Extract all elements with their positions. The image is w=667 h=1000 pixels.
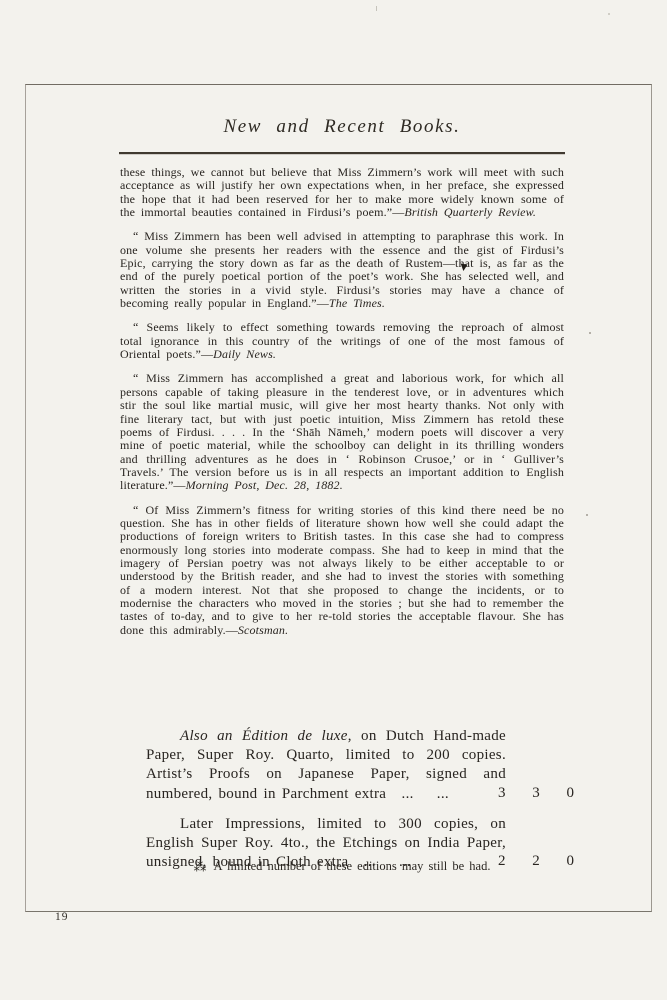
review-paragraph: “ Miss Zimmern has accomplished a great …	[120, 372, 564, 492]
review-paragraph: “ Seems likely to effect something towar…	[120, 321, 564, 361]
review-text: “ Of Miss Zimmern’s fitness for writing …	[120, 503, 564, 637]
review-source: British Quarterly Review.	[404, 205, 536, 219]
page-title: New and Recent Books.	[120, 116, 564, 138]
price-pence: 0	[567, 852, 575, 871]
review-source: Morning Post, Dec. 28, 1882.	[186, 478, 343, 492]
footnote-text: A limited number of these editions may s…	[214, 859, 491, 873]
ink-blot-artifact	[459, 263, 467, 271]
catalog-item-lead: Later Impressions	[180, 816, 301, 832]
availability-footnote: ⁂A limited number of these editions may …	[120, 858, 564, 874]
ink-speck	[608, 13, 610, 15]
catalog-item-edition-de-luxe: Also an Édition de luxe, on Dutch Hand-m…	[146, 727, 586, 804]
review-paragraph: “ Miss Zimmern has been well advised in …	[120, 230, 564, 310]
review-text: “ Miss Zimmern has accomplished a great …	[120, 371, 564, 492]
ink-speck	[376, 6, 377, 11]
price-pounds: 3	[498, 784, 506, 803]
press-reviews-section: these things, we cannot but believe that…	[120, 166, 564, 648]
review-text: “ Seems likely to effect something towar…	[120, 320, 564, 361]
review-paragraph: “ Of Miss Zimmern’s fitness for writing …	[120, 504, 564, 637]
page-number: 19	[55, 911, 69, 923]
ink-speck	[586, 514, 588, 516]
price-shillings: 3	[532, 784, 540, 803]
catalog-item-lead: Also an Édition de luxe	[180, 728, 348, 744]
review-source: The Times.	[329, 296, 385, 310]
price-columns: 3 3 0	[498, 784, 574, 803]
header-rule	[119, 152, 565, 154]
catalog-item-text: Also an Édition de luxe, on Dutch Hand-m…	[146, 727, 506, 804]
asterism-icon: ⁂	[194, 859, 207, 875]
price-pence: 0	[567, 784, 575, 803]
review-source: Daily News.	[213, 347, 276, 361]
review-source: Scotsman.	[238, 623, 288, 637]
scanned-book-page: New and Recent Books. these things, we c…	[0, 0, 667, 1000]
review-paragraph: these things, we cannot but believe that…	[120, 166, 564, 219]
ink-speck	[589, 332, 591, 334]
